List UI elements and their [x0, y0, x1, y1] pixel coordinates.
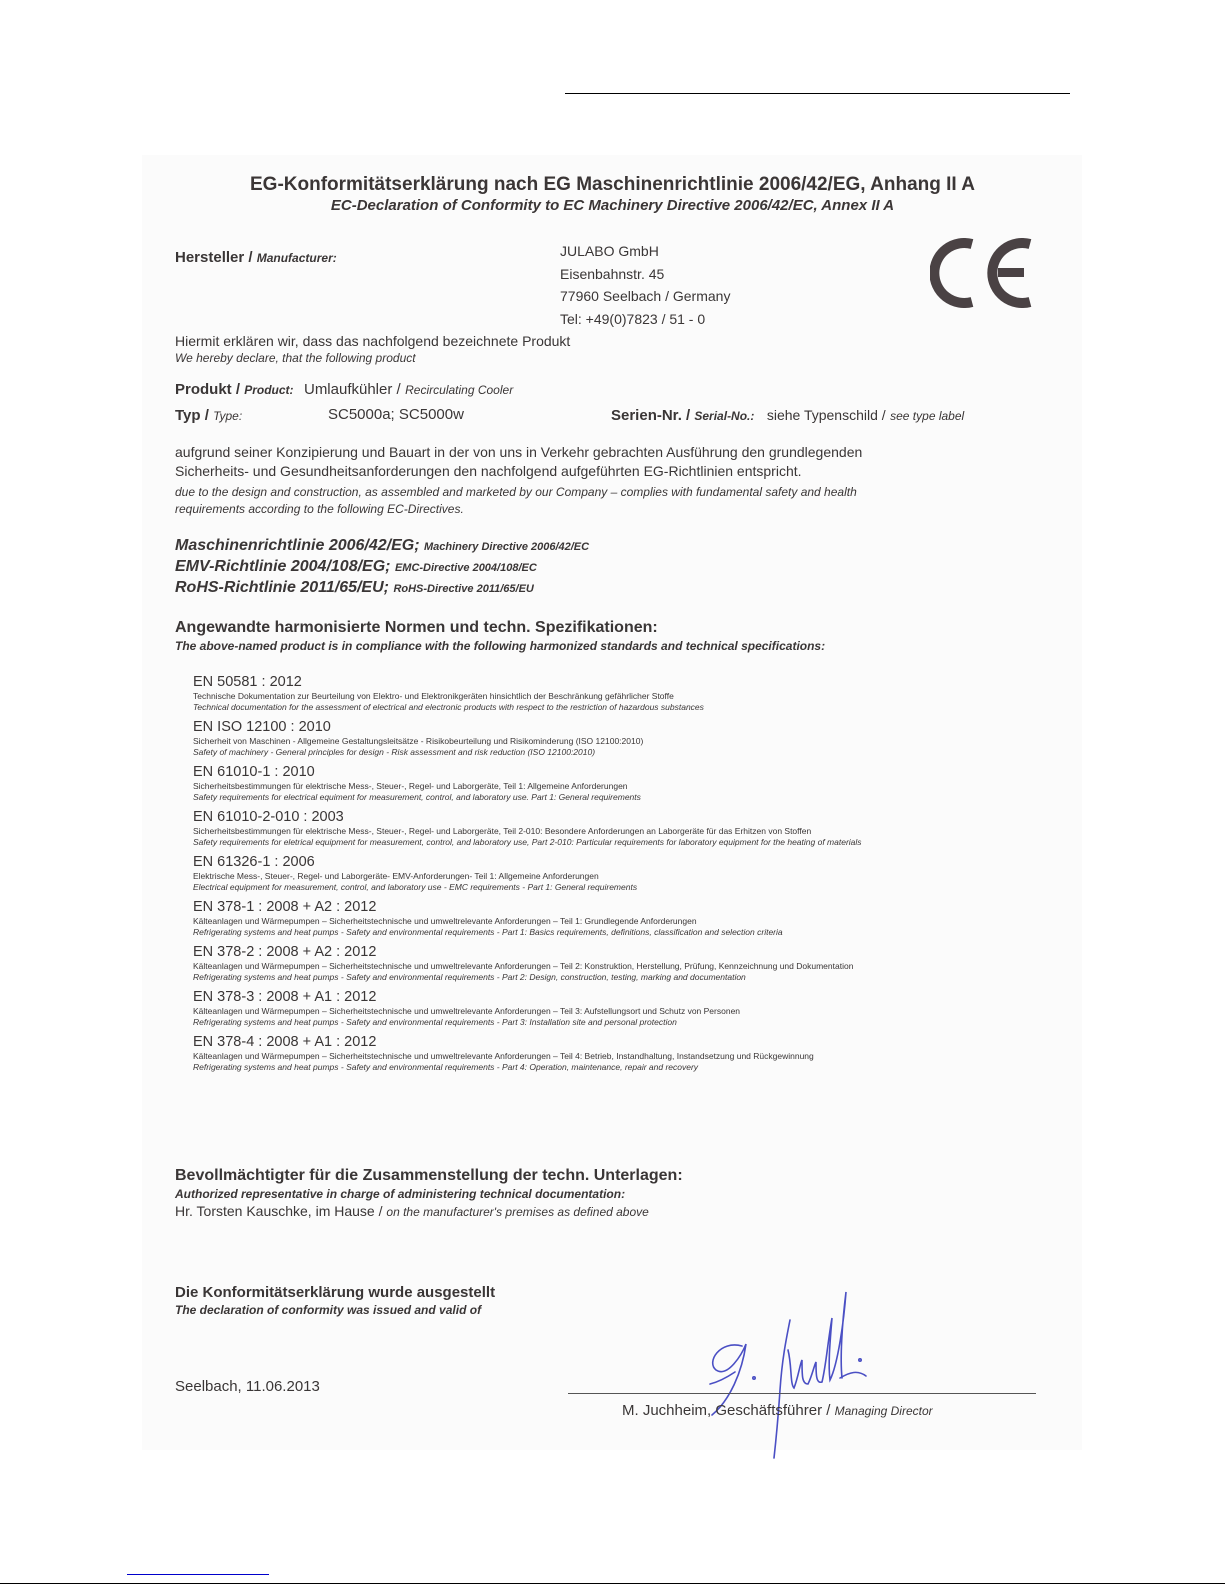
standard-code: EN ISO 12100 : 2010 [193, 719, 993, 736]
serial-label-en: Serial-No.: [694, 409, 754, 423]
footnote-link-rule [127, 1574, 269, 1575]
standard-item: EN 50581 : 2012Technische Dokumentation … [193, 674, 993, 713]
representative-name-de: Hr. Torsten Kauschke, im Hause / [175, 1203, 383, 1219]
ce-mark-icon [930, 238, 1035, 308]
serial-value-en: see type label [890, 409, 964, 423]
standard-title-en: Refrigerating systems and heat pumps - S… [193, 1017, 993, 1028]
standard-title-en: Safety requirements for electrical equim… [193, 792, 993, 803]
serial-value-de: siehe Typenschild / [767, 407, 886, 423]
standard-item: EN 61326-1 : 2006Elektrische Mess-, Steu… [193, 854, 993, 893]
standard-code: EN 378-2 : 2008 + A2 : 2012 [193, 944, 993, 961]
standard-item: EN 61010-2-010 : 2003Sicherheitsbestimmu… [193, 809, 993, 848]
product-row: Produkt / Product: Umlaufkühler / Recirc… [175, 381, 513, 399]
standard-item: EN ISO 12100 : 2010Sicherheit von Maschi… [193, 719, 993, 758]
directive-de: RoHS-Richtlinie 2011/65/EU; [175, 579, 389, 596]
directives-list: Maschinenrichtlinie 2006/42/EG; Machiner… [175, 536, 589, 599]
manufacturer-phone: Tel: +49(0)7823 / 51 - 0 [560, 308, 730, 331]
standard-title-en: Refrigerating systems and heat pumps - S… [193, 927, 993, 938]
manufacturer-label-de: Hersteller / [175, 249, 253, 266]
standard-title-de: Kälteanlagen und Wärmepumpen – Sicherhei… [193, 1051, 993, 1062]
standards-heading-de: Angewandte harmonisierte Normen und tech… [175, 619, 658, 637]
representative-name-en: on the manufacturer's premises as define… [386, 1205, 648, 1219]
declare-german: Hiermit erklären wir, dass das nachfolge… [175, 333, 570, 349]
type-value: SC5000a; SC5000w [328, 406, 464, 423]
directive-en: RoHS-Directive 2011/65/EU [393, 583, 533, 595]
manufacturer-label-en: Manufacturer: [257, 251, 337, 265]
compliance-de-1: aufgrund seiner Konzipierung und Bauart … [175, 444, 862, 460]
standard-code: EN 378-3 : 2008 + A1 : 2012 [193, 989, 993, 1006]
serial-row: Serien-Nr. / Serial-No.: siehe Typenschi… [611, 407, 964, 425]
standard-title-en: Technical documentation for the assessme… [193, 702, 993, 713]
manufacturer-address: JULABO GmbH Eisenbahnstr. 45 77960 Seelb… [560, 240, 730, 330]
title-english: EC-Declaration of Conformity to EC Machi… [0, 197, 1225, 214]
standard-title-de: Sicherheitsbestimmungen für elektrische … [193, 781, 993, 792]
compliance-de-2: Sicherheits- und Gesundheitsanforderunge… [175, 463, 802, 479]
standard-title-de: Elektrische Mess-, Steuer-, Regel- und L… [193, 871, 993, 882]
product-label-en: Product: [244, 383, 293, 397]
issued-heading-de: Die Konformitätserklärung wurde ausgeste… [175, 1284, 495, 1301]
standard-item: EN 378-2 : 2008 + A2 : 2012Kälteanlagen … [193, 944, 993, 983]
representative-heading-de: Bevollmächtigter für die Zusammenstellun… [175, 1167, 683, 1185]
directive-de: EMV-Richtlinie 2004/108/EG; [175, 558, 390, 575]
manufacturer-label: Hersteller / Manufacturer: [175, 249, 337, 266]
type-label: Typ / Type: [175, 407, 242, 424]
serial-label-de: Serien-Nr. / [611, 407, 690, 424]
standard-title-en: Electrical equipment for measurement, co… [193, 882, 993, 893]
directive-en: Machinery Directive 2006/42/EC [424, 541, 589, 553]
representative-name: Hr. Torsten Kauschke, im Hause / on the … [175, 1203, 649, 1219]
standard-code: EN 61326-1 : 2006 [193, 854, 993, 871]
compliance-en-1: due to the design and construction, as a… [175, 485, 857, 499]
standard-title-de: Sicherheitsbestimmungen für elektrische … [193, 826, 993, 837]
issued-heading-en: The declaration of conformity was issued… [175, 1303, 481, 1317]
signer-en: Managing Director [835, 1404, 933, 1418]
signature-line [568, 1393, 1036, 1394]
signer-de: M. Juchheim, Geschäftsführer / [622, 1402, 830, 1419]
standard-title-en: Refrigerating systems and heat pumps - S… [193, 972, 993, 983]
standard-title-de: Kälteanlagen und Wärmepumpen – Sicherhei… [193, 961, 993, 972]
standard-title-en: Safety requirements for eletrical equipm… [193, 837, 993, 848]
title-german: EG-Konformitätserklärung nach EG Maschin… [0, 174, 1225, 196]
signer: M. Juchheim, Geschäftsführer / Managing … [622, 1402, 933, 1419]
type-label-en: Type: [213, 409, 242, 423]
standard-code: EN 61010-1 : 2010 [193, 764, 993, 781]
standard-item: EN 61010-1 : 2010Sicherheitsbestimmungen… [193, 764, 993, 803]
standards-list: EN 50581 : 2012Technische Dokumentation … [193, 674, 993, 1079]
footer-rule [0, 1583, 1225, 1584]
standard-code: EN 50581 : 2012 [193, 674, 993, 691]
standard-item: EN 378-1 : 2008 + A2 : 2012Kälteanlagen … [193, 899, 993, 938]
type-label-de: Typ / [175, 407, 209, 424]
place-date: Seelbach, 11.06.2013 [175, 1378, 320, 1395]
directive-item: Maschinenrichtlinie 2006/42/EG; Machiner… [175, 536, 589, 557]
standard-code: EN 378-1 : 2008 + A2 : 2012 [193, 899, 993, 916]
manufacturer-name: JULABO GmbH [560, 240, 730, 263]
standard-title-de: Kälteanlagen und Wärmepumpen – Sicherhei… [193, 916, 993, 927]
standards-heading-en: The above-named product is in compliance… [175, 639, 825, 653]
standard-code: EN 61010-2-010 : 2003 [193, 809, 993, 826]
standard-title-en: Refrigerating systems and heat pumps - S… [193, 1062, 993, 1073]
standard-item: EN 378-4 : 2008 + A1 : 2012Kälteanlagen … [193, 1034, 993, 1073]
standard-title-de: Technische Dokumentation zur Beurteilung… [193, 691, 993, 702]
product-value-en: Recirculating Cooler [405, 383, 513, 397]
compliance-en-2: requirements according to the following … [175, 502, 464, 516]
header-rule [565, 93, 1070, 94]
standard-title-de: Sicherheit von Maschinen - Allgemeine Ge… [193, 736, 993, 747]
directive-item: RoHS-Richtlinie 2011/65/EU; RoHS-Directi… [175, 578, 589, 599]
standard-title-en: Safety of machinery - General principles… [193, 747, 993, 758]
serial-label: Serien-Nr. / Serial-No.: [611, 407, 754, 424]
product-label: Produkt / Product: [175, 381, 294, 398]
product-value-de: Umlaufkühler / [304, 381, 401, 398]
directive-de: Maschinenrichtlinie 2006/42/EG; [175, 537, 420, 554]
signature-icon [690, 1280, 950, 1460]
product-label-de: Produkt / [175, 381, 240, 398]
declare-english: We hereby declare, that the following pr… [175, 351, 416, 365]
directive-en: EMC-Directive 2004/108/EC [395, 562, 537, 574]
standard-item: EN 378-3 : 2008 + A1 : 2012Kälteanlagen … [193, 989, 993, 1028]
manufacturer-street: Eisenbahnstr. 45 [560, 263, 730, 286]
directive-item: EMV-Richtlinie 2004/108/EG; EMC-Directiv… [175, 557, 589, 578]
manufacturer-city: 77960 Seelbach / Germany [560, 285, 730, 308]
standard-title-de: Kälteanlagen und Wärmepumpen – Sicherhei… [193, 1006, 993, 1017]
standard-code: EN 378-4 : 2008 + A1 : 2012 [193, 1034, 993, 1051]
representative-heading-en: Authorized representative in charge of a… [175, 1187, 625, 1201]
